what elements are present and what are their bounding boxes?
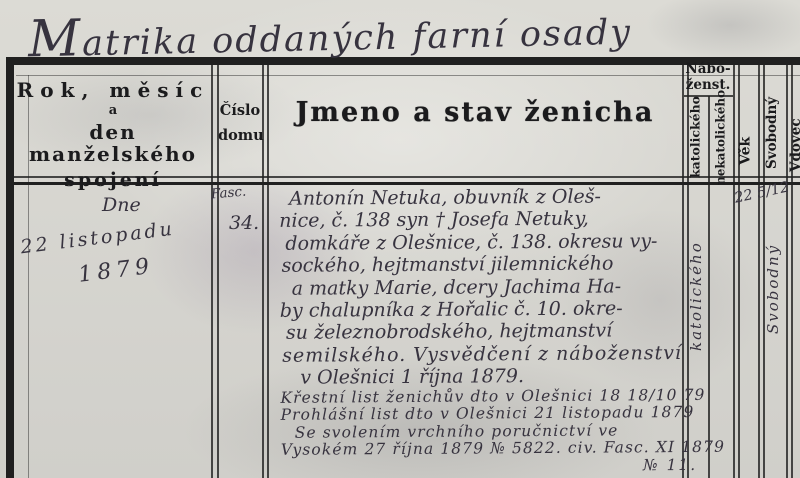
column-header-date: Rok, měsíc a den manželského spojení — [16, 79, 210, 191]
column-header-widower: Vdovec — [789, 116, 800, 174]
entry-groom-text: Antonín Netuka, obuvník z Oleš-nice, č. … — [279, 184, 800, 477]
header-religion-line1: Nábo- — [683, 62, 733, 78]
entry-house-number: 34. — [229, 212, 259, 234]
entry-fascicle-note: Fasc. — [210, 183, 247, 202]
entry-date-line: Dne — [102, 194, 208, 216]
entry-groom-line: Vysokém 27 října 1879 № 5822. civ. Fasc.… — [281, 439, 800, 460]
header-house-line1: Číslo — [218, 99, 262, 124]
header-date-line1: Rok, měsíc — [16, 79, 210, 101]
entry-date: Dne22 listopadu1879 — [16, 194, 208, 280]
column-header-non-catholic: nekatolického — [708, 99, 733, 175]
header-date-line3: den manželského — [16, 121, 210, 166]
entry-status-value: Svobodný — [760, 196, 786, 382]
table-border-left — [6, 57, 14, 478]
column-header-age: Věk — [733, 128, 758, 174]
entry-date-line: 1879 — [77, 247, 209, 288]
column-header-single: Svobodný — [758, 92, 786, 174]
column-divider — [267, 65, 269, 478]
column-divider — [211, 65, 213, 478]
column-header-groom: Jmeno a stav ženicha — [270, 98, 680, 128]
column-header-catholic: katolického — [682, 99, 708, 175]
entry-groom-line: № 11. — [643, 456, 800, 475]
header-house-line2: domu — [218, 124, 262, 149]
header-date-line2: a — [16, 104, 210, 119]
entry-religion-value: katolického — [684, 196, 708, 396]
column-header-religion: Nábo- ženst. — [683, 62, 733, 93]
scanned-register-page: Matrika oddaných farní osady Rok, měsíc … — [0, 0, 800, 478]
header-date-line4: spojení — [16, 170, 210, 191]
column-header-house-number: Číslo domu — [218, 99, 262, 148]
